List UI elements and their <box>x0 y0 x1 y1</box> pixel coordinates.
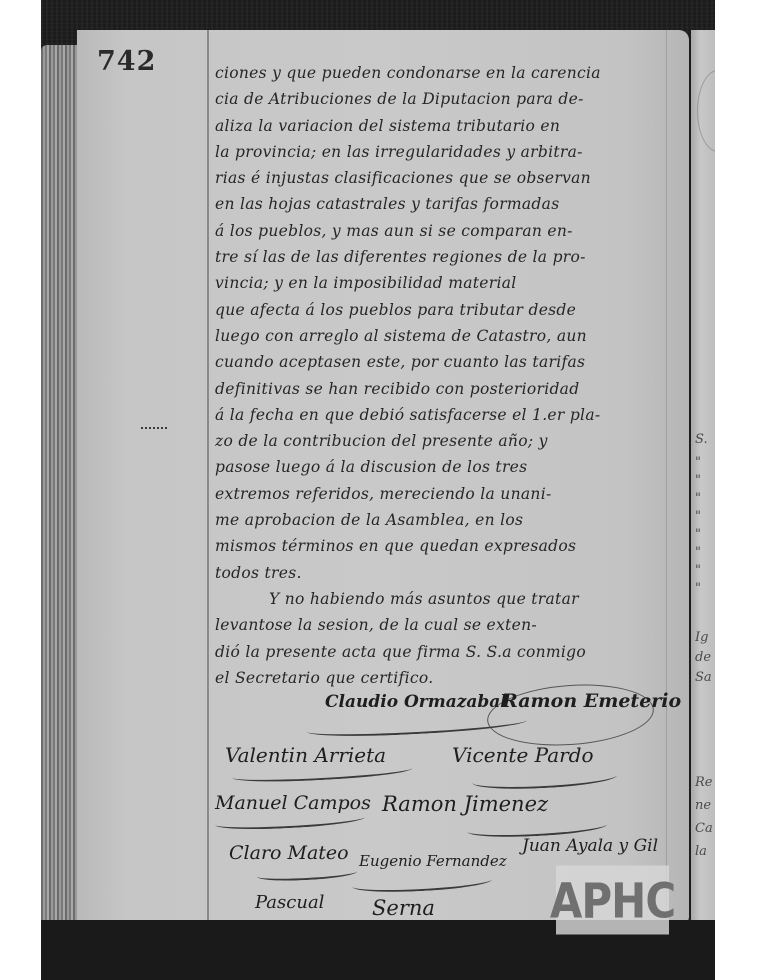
signature: Juan Ayala y Gil <box>522 836 658 856</box>
text-line: vincia; y en la imposibilidad material <box>215 270 667 296</box>
text-line: rias é injustas clasificaciones que se o… <box>215 165 667 191</box>
signature: Vicente Pardo <box>452 743 594 767</box>
handwritten-body: ciones y que pueden condonarse en la car… <box>215 60 667 691</box>
scanned-ledger: 742 ciones y que pueden condonarse en la… <box>41 0 715 980</box>
signature-flourish <box>307 712 528 739</box>
facing-page-text: la <box>695 844 707 859</box>
text-line: ciones y que pueden condonarse en la car… <box>215 60 667 86</box>
facing-page-text: Ig <box>695 630 708 645</box>
text-line: todos tres. <box>215 560 667 586</box>
text-line: cia de Atribuciones de la Diputacion par… <box>215 86 667 112</box>
text-line: aliza la variacion del sistema tributari… <box>215 113 667 139</box>
facing-page-text: ne <box>695 798 711 813</box>
facing-page-text: " <box>695 563 701 578</box>
signature: Ramon Jimenez <box>382 792 548 816</box>
facing-page-text: Ca <box>695 821 713 836</box>
facing-page-text: " <box>695 491 701 506</box>
text-line: definitivas se han recibido con posterio… <box>215 376 667 402</box>
text-line: Y no habiendo más asuntos que tratar <box>215 586 667 612</box>
ledger-page: 742 ciones y que pueden condonarse en la… <box>77 30 689 923</box>
facing-page-text: S. <box>695 432 708 447</box>
signature: Claro Mateo <box>229 842 349 864</box>
text-line: levantose la sesion, de la cual se exten… <box>215 612 667 638</box>
text-line: á la fecha en que debió satisfacerse el … <box>215 402 667 428</box>
text-line: que afecta á los pueblos para tributar d… <box>215 297 667 323</box>
text-line: tre sí las de las diferentes regiones de… <box>215 244 667 270</box>
facing-page-text: " <box>695 581 701 596</box>
signature: Ramon Emeterio <box>502 690 681 712</box>
facing-page-text: Sa <box>695 670 712 685</box>
text-line: mismos términos en que quedan expresados <box>215 533 667 559</box>
facing-page-text: de <box>695 650 711 665</box>
facing-page-text: " <box>695 473 701 488</box>
page-number: 742 <box>97 46 156 77</box>
signature: Valentin Arrieta <box>225 743 386 767</box>
text-line: cuando aceptasen este, por cuanto las ta… <box>215 349 667 375</box>
text-line: á los pueblos, y mas aun si se comparan … <box>215 218 667 244</box>
facing-page-edge: S. " " " " " " " " Ig de Sa Re ne Ca la <box>691 30 715 923</box>
facing-page-text: " <box>695 509 701 524</box>
margin-rule <box>207 30 209 923</box>
signature: Eugenio Fernandez <box>359 852 507 870</box>
signature: Manuel Campos <box>215 792 371 814</box>
signature: Pascual <box>255 892 324 913</box>
text-line: luego con arreglo al sistema de Catastro… <box>215 323 667 349</box>
text-line: me aprobacion de la Asamblea, en los <box>215 507 667 533</box>
text-line: extremos referidos, mereciendo la unani- <box>215 481 667 507</box>
facing-page-text: " <box>695 545 701 560</box>
text-line: la provincia; en las irregularidades y a… <box>215 139 667 165</box>
text-line: en las hojas catastrales y tarifas forma… <box>215 191 667 217</box>
signature: Claudio Ormazabal <box>325 692 507 712</box>
margin-mark <box>141 427 167 431</box>
facing-page-text: " <box>695 527 701 542</box>
text-line: zo de la contribucion del presente año; … <box>215 428 667 454</box>
signature: Serna <box>372 896 435 920</box>
stamp-mark <box>697 70 715 152</box>
facing-page-text: " <box>695 455 701 470</box>
text-line: dió la presente acta que firma S. S.a co… <box>215 639 667 665</box>
signature-flourish <box>472 766 618 792</box>
facing-page-text: Re <box>695 775 712 790</box>
text-line: pasose luego á la discusion de los tres <box>215 454 667 480</box>
book-page-edges <box>41 45 79 925</box>
signature-flourish <box>352 871 493 894</box>
signature-flourish <box>257 865 357 882</box>
watermark-logo: APHC <box>556 866 669 935</box>
